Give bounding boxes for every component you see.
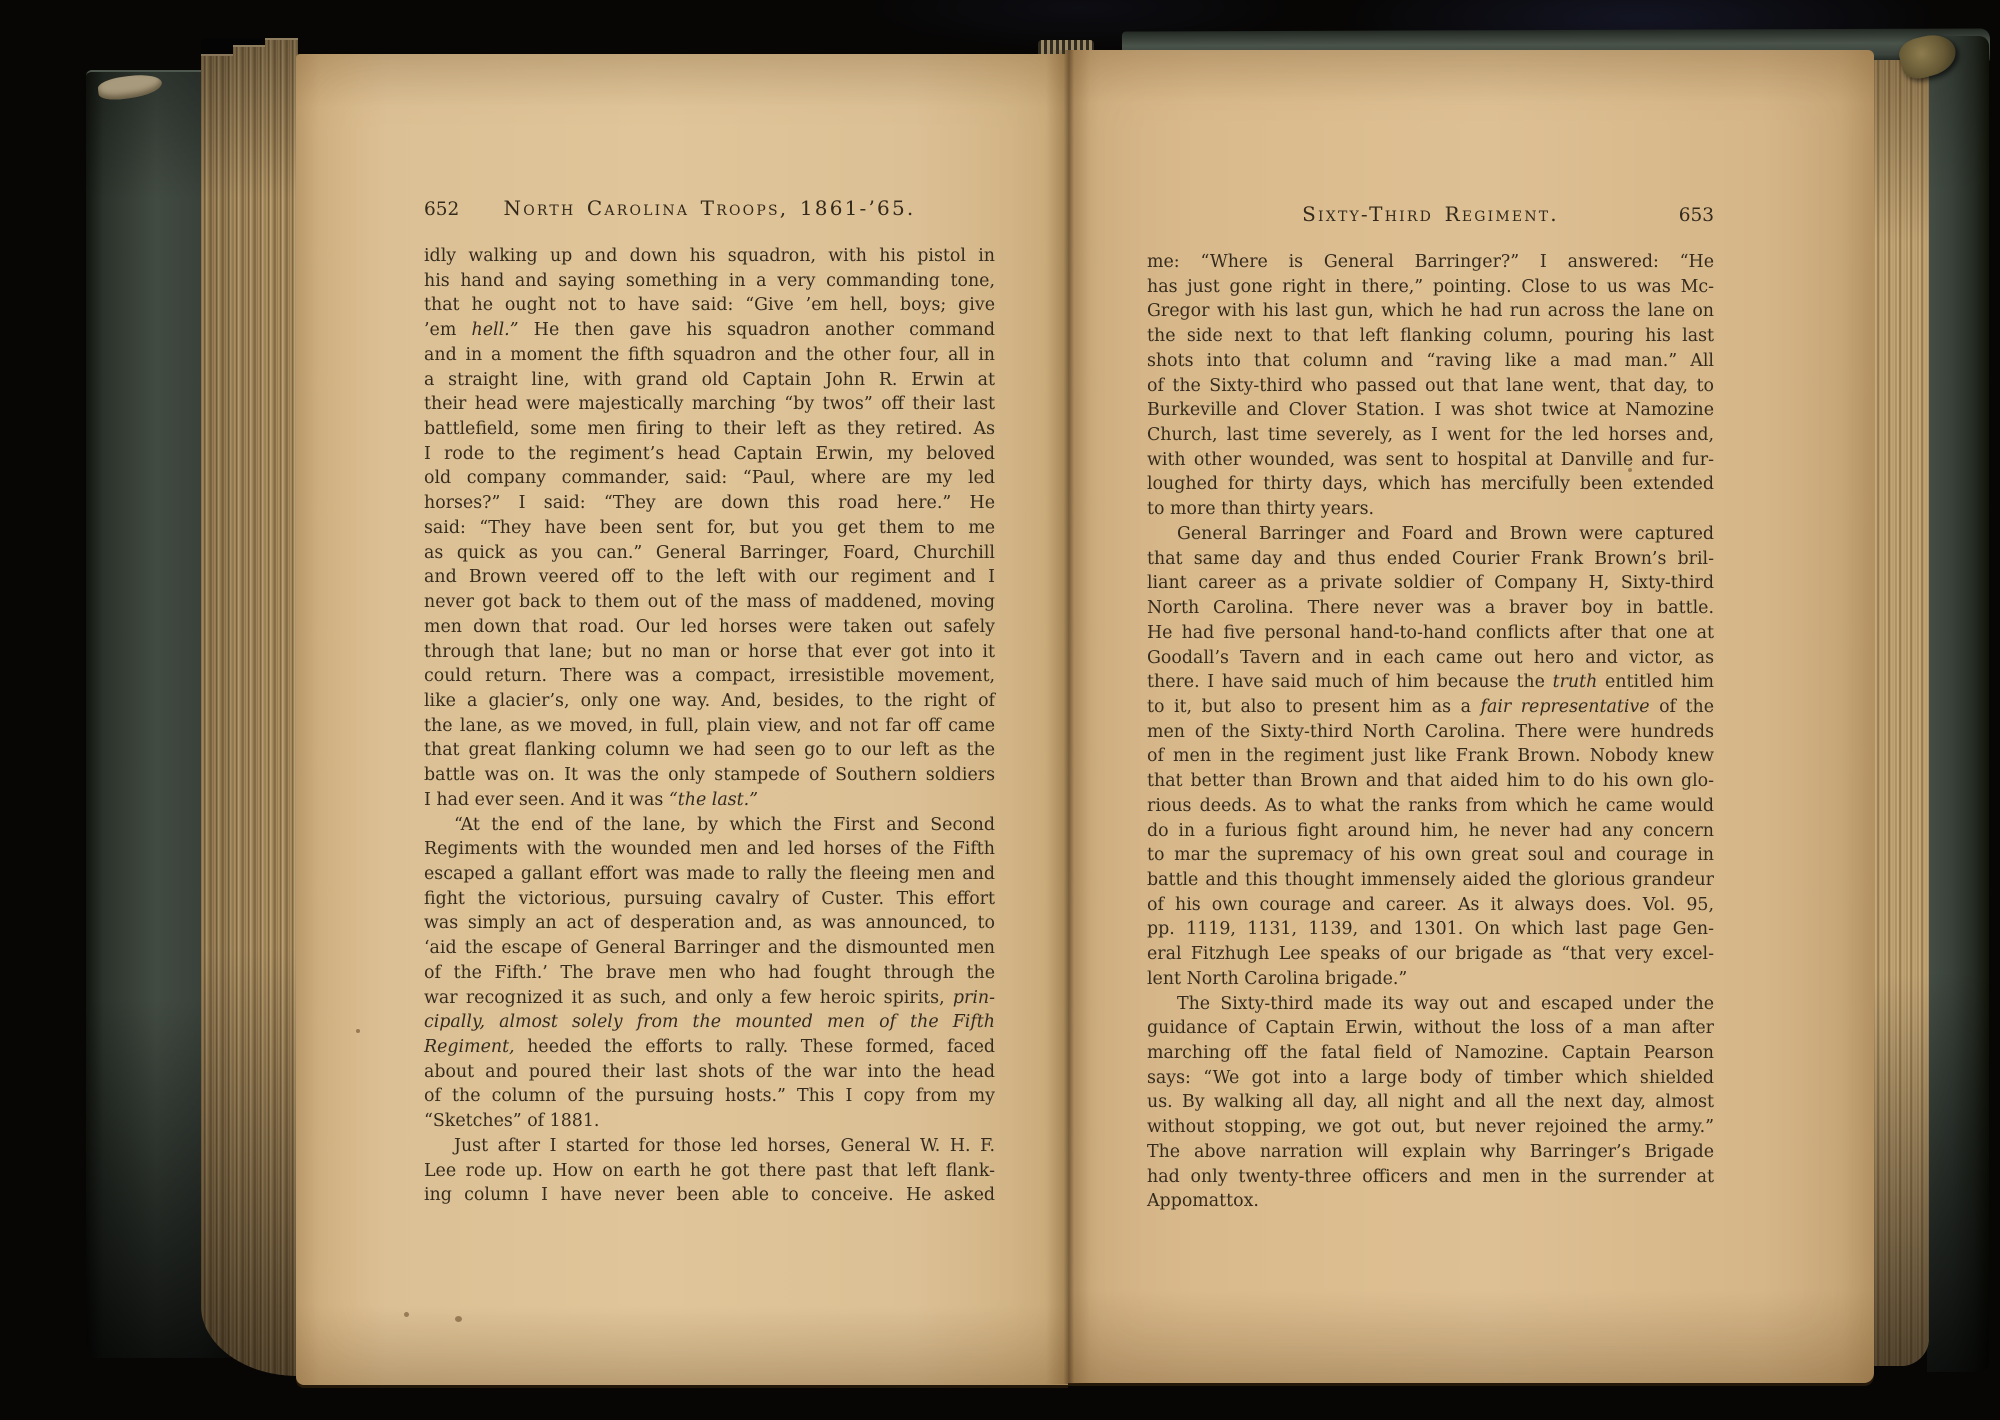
- text-line: has just gone right in there,” pointing.…: [1147, 275, 1714, 300]
- text-line: General Barringer and Foard and Brown we…: [1147, 522, 1714, 547]
- text-line: men of the Sixty-third North Carolina. T…: [1147, 720, 1714, 745]
- text-line: and in a moment the fifth squadron and t…: [424, 343, 995, 368]
- page-edge-layer: [233, 45, 267, 1376]
- text-line: “Sketches” of 1881.: [424, 1109, 995, 1134]
- right-running-head: Sixty-Third Regiment. 653: [1147, 202, 1714, 228]
- text-line: “At the end of the lane, by which the Fi…: [424, 813, 995, 838]
- text-line: eral Fitzhugh Lee speaks of our brigade …: [1147, 942, 1714, 967]
- page-edge-layer: [201, 54, 235, 1376]
- text-line: me: “Where is General Barringer?” I answ…: [1147, 250, 1714, 275]
- text-line: pp. 1119, 1131, 1139, and 1301. On which…: [1147, 917, 1714, 942]
- left-page: 652 North Carolina Troops, 1861-’65. idl…: [296, 54, 1068, 1385]
- right-page: Sixty-Third Regiment. 653 me: “Where is …: [1068, 50, 1874, 1383]
- text-line: that better than Brown and that aided hi…: [1147, 769, 1714, 794]
- text-line: his hand and saying something in a very …: [424, 269, 995, 294]
- page-left-body: idly walking up and down his squadron, w…: [424, 244, 995, 1208]
- text-line: never got back to them out of the mass o…: [424, 590, 995, 615]
- text-line: of the column of the pursuing hosts.” Th…: [424, 1084, 995, 1109]
- text-line: He had five personal hand-to-hand confli…: [1147, 621, 1714, 646]
- left-running-head: 652 North Carolina Troops, 1861-’65.: [424, 196, 995, 222]
- text-line: about and poured their last shots of the…: [424, 1060, 995, 1085]
- text-line: said: “They have been sent for, but you …: [424, 516, 995, 541]
- text-line: a straight line, with grand old Captain …: [424, 368, 995, 393]
- text-line: Appomattox.: [1147, 1189, 1714, 1214]
- text-line: North Carolina. There never was a braver…: [1147, 596, 1714, 621]
- text-line: war recognized it as such, and only a fe…: [424, 986, 995, 1011]
- text-line: battle was on. It was the only stampede …: [424, 763, 995, 788]
- text-line: guidance of Captain Erwin, without the l…: [1147, 1016, 1714, 1041]
- text-line: shots into that column and “raving like …: [1147, 349, 1714, 374]
- text-line: Goodall’s Tavern and in each came out he…: [1147, 646, 1714, 671]
- text-line: lent North Carolina brigade.”: [1147, 967, 1714, 992]
- page-right-body: me: “Where is General Barringer?” I answ…: [1147, 250, 1714, 1214]
- foxing-speck: [455, 1316, 462, 1322]
- left-page-content: 652 North Carolina Troops, 1861-’65. idl…: [424, 196, 995, 1208]
- text-line: through that lane; but no man or horse t…: [424, 640, 995, 665]
- text-line: fight the victorious, pursuing cavalry o…: [424, 887, 995, 912]
- right-page-edge-stack: [1872, 60, 1929, 1366]
- text-line: to mar the supremacy of his own great so…: [1147, 843, 1714, 868]
- text-line: the lane, as we moved, in full, plain vi…: [424, 714, 995, 739]
- text-line: do in a furious fight around him, he nev…: [1147, 819, 1714, 844]
- text-line: Lee rode up. How on earth he got there p…: [424, 1159, 995, 1184]
- book-cover-right: [1927, 36, 1989, 1372]
- right-running-title: Sixty-Third Regiment.: [1203, 202, 1658, 226]
- text-line: horses?” I said: “They are down this roa…: [424, 491, 995, 516]
- text-line: that great flanking column we had seen g…: [424, 738, 995, 763]
- text-line: battlefield, some men firing to their le…: [424, 417, 995, 442]
- text-line: ’em hell.” He then gave his squadron ano…: [424, 318, 995, 343]
- text-line: like a glacier’s, only one way. And, bes…: [424, 689, 995, 714]
- text-line: there. I have said much of him because t…: [1147, 670, 1714, 695]
- text-line: says: “We got into a large body of timbe…: [1147, 1066, 1714, 1091]
- text-line: had only twenty-three officers and men i…: [1147, 1165, 1714, 1190]
- text-line: of the Sixty-third who passed out that l…: [1147, 374, 1714, 399]
- right-page-number: 653: [1658, 205, 1714, 226]
- right-page-content: Sixty-Third Regiment. 653 me: “Where is …: [1147, 202, 1714, 1214]
- left-page-edge-stack: [201, 38, 298, 1376]
- text-line: marching off the fatal field of Namozine…: [1147, 1041, 1714, 1066]
- page-edge-layer: [265, 38, 298, 1376]
- text-line: The Sixty-third made its way out and esc…: [1147, 992, 1714, 1017]
- open-book-photo: 652 North Carolina Troops, 1861-’65. idl…: [0, 0, 2000, 1420]
- text-line: ing column I have never been able to con…: [424, 1183, 995, 1208]
- text-line: Regiments with the wounded men and led h…: [424, 837, 995, 862]
- text-line: I rode to the regiment’s head Captain Er…: [424, 442, 995, 467]
- text-line: rious deeds. As to what the ranks from w…: [1147, 794, 1714, 819]
- text-line: liant career as a private soldier of Com…: [1147, 571, 1714, 596]
- text-line: loughed for thirty days, which has merci…: [1147, 472, 1714, 497]
- text-line: was simply an act of desperation and, as…: [424, 911, 995, 936]
- text-line: ‘aid the escape of General Barringer and…: [424, 936, 995, 961]
- text-line: that he ought not to have said: “Give ’e…: [424, 293, 995, 318]
- text-line: escaped a gallant effort was made to ral…: [424, 862, 995, 887]
- foxing-speck: [356, 1029, 360, 1033]
- text-line: Just after I started for those led horse…: [424, 1134, 995, 1159]
- text-line: The above narration will explain why Bar…: [1147, 1140, 1714, 1165]
- text-line: cipally, almost solely from the mounted …: [424, 1010, 995, 1035]
- text-line: that same day and thus ended Courier Fra…: [1147, 547, 1714, 572]
- text-line: their head were majestically marching “b…: [424, 392, 995, 417]
- text-line: the side next to that left flanking colu…: [1147, 324, 1714, 349]
- text-line: Church, last time severely, as I went fo…: [1147, 423, 1714, 448]
- text-line: men down that road. Our led horses were …: [424, 615, 995, 640]
- left-running-title: North Carolina Troops, 1861-’65.: [480, 196, 939, 220]
- left-page-number: 652: [424, 199, 480, 220]
- text-line: as quick as you can.” General Barringer,…: [424, 541, 995, 566]
- text-line: Burkeville and Clover Station. I was sho…: [1147, 398, 1714, 423]
- text-line: Gregor with his last gun, which he had r…: [1147, 299, 1714, 324]
- text-line: battle and this thought immensely aided …: [1147, 868, 1714, 893]
- text-line: of men in the regiment just like Frank B…: [1147, 744, 1714, 769]
- text-line: could return. There was a compact, irres…: [424, 664, 995, 689]
- foxing-speck: [404, 1312, 409, 1317]
- text-line: and Brown veered off to the left with ou…: [424, 565, 995, 590]
- text-line: to more than thirty years.: [1147, 497, 1714, 522]
- foxing-speck: [1628, 468, 1632, 472]
- text-line: to it, but also to present him as a fair…: [1147, 695, 1714, 720]
- text-line: of the Fifth.’ The brave men who had fou…: [424, 961, 995, 986]
- text-line: without stopping, we got out, but never …: [1147, 1115, 1714, 1140]
- text-line: I had ever seen. And it was “the last.”: [424, 788, 995, 813]
- text-line: of his own courage and career. As it alw…: [1147, 893, 1714, 918]
- text-line: us. By walking all day, all night and al…: [1147, 1090, 1714, 1115]
- text-line: idly walking up and down his squadron, w…: [424, 244, 995, 269]
- text-line: old company commander, said: “Paul, wher…: [424, 466, 995, 491]
- text-line: Regiment, heeded the efforts to rally. T…: [424, 1035, 995, 1060]
